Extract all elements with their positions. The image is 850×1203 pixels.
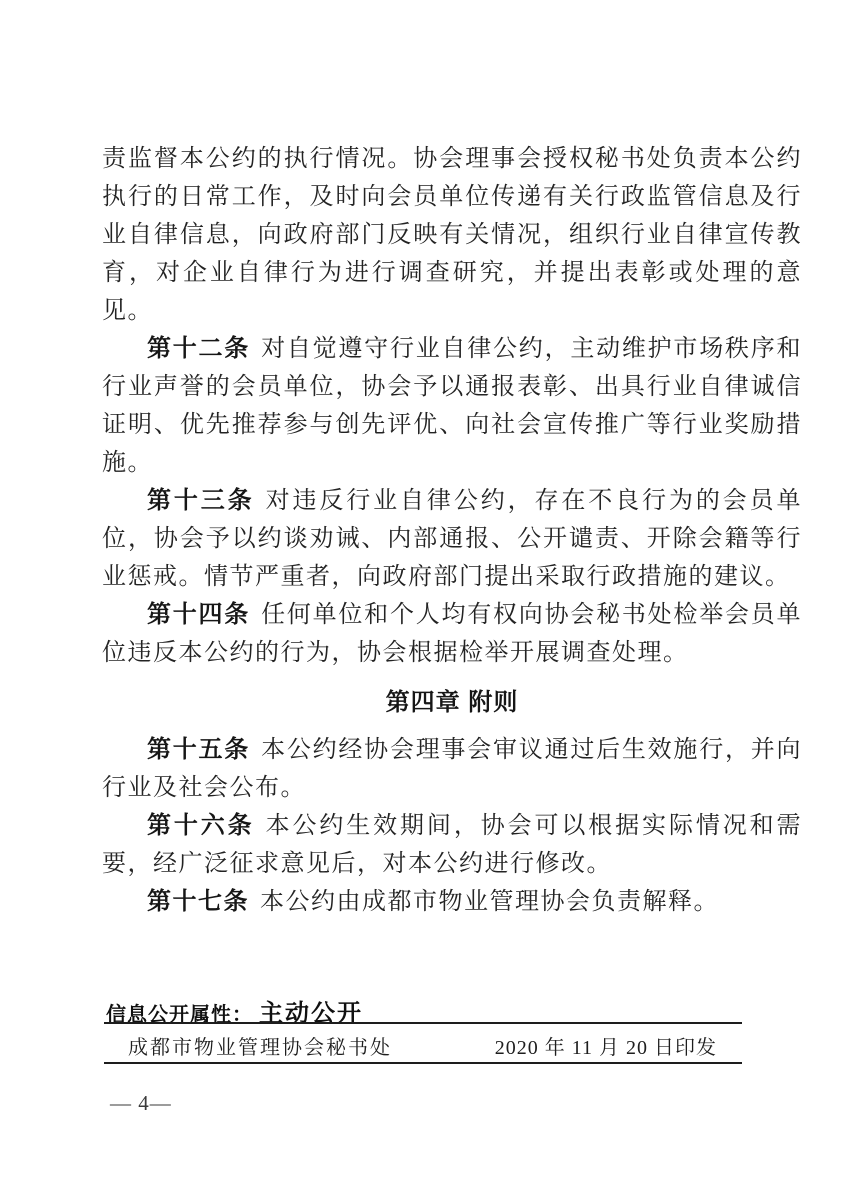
paragraph-text: 责监督本公约的执行情况。协会理事会授权秘书处负责本公约执行的日常工作，及时向会员… xyxy=(102,146,802,324)
page-number: — 4— xyxy=(110,1091,172,1116)
issuer-name: 成都市物业管理协会秘书处 xyxy=(128,1031,392,1060)
article-number: 第十四条 xyxy=(147,602,250,628)
article-number: 第十五条 xyxy=(147,737,250,763)
paragraph-text: 本公约由成都市物业管理协会负责解释。 xyxy=(260,889,719,915)
print-date: 2020 年 11 月 20 日印发 xyxy=(495,1031,717,1060)
article-number: 第十三条 xyxy=(147,488,255,514)
document-body: 责监督本公约的执行情况。协会理事会授权秘书处负责本公约执行的日常工作，及时向会员… xyxy=(102,140,802,921)
document-page: 责监督本公约的执行情况。协会理事会授权秘书处负责本公约执行的日常工作，及时向会员… xyxy=(0,0,850,1203)
paragraph-article-16: 第十六条本公约生效期间，协会可以根据实际情况和需要，经广泛征求意见后，对本公约进… xyxy=(102,807,802,883)
paragraph-article-17: 第十七条本公约由成都市物业管理协会负责解释。 xyxy=(102,883,802,921)
paragraph-article-15: 第十五条本公约经协会理事会审议通过后生效施行，并向行业及社会公布。 xyxy=(102,731,802,807)
issuer-row: 成都市物业管理协会秘书处 2020 年 11 月 20 日印发 xyxy=(104,1031,742,1060)
footer-rule-top xyxy=(104,1022,742,1024)
paragraph-continuation: 责监督本公约的执行情况。协会理事会授权秘书处负责本公约执行的日常工作，及时向会员… xyxy=(102,140,802,330)
chapter-heading: 第四章 附则 xyxy=(102,684,802,722)
footer-rule-bottom xyxy=(104,1062,742,1064)
article-number: 第十二条 xyxy=(147,336,250,362)
article-number: 第十七条 xyxy=(147,889,249,915)
paragraph-article-14: 第十四条任何单位和个人均有权向协会秘书处检举会员单位违反本公约的行为，协会根据检… xyxy=(102,596,802,672)
paragraph-article-12: 第十二条对自觉遵守行业自律公约，主动维护市场秩序和行业声誉的会员单位，协会予以通… xyxy=(102,330,802,482)
paragraph-article-13: 第十三条对违反行业自律公约，存在不良行为的会员单位，协会予以约谈劝诫、内部通报、… xyxy=(102,482,802,596)
article-number: 第十六条 xyxy=(147,813,255,839)
